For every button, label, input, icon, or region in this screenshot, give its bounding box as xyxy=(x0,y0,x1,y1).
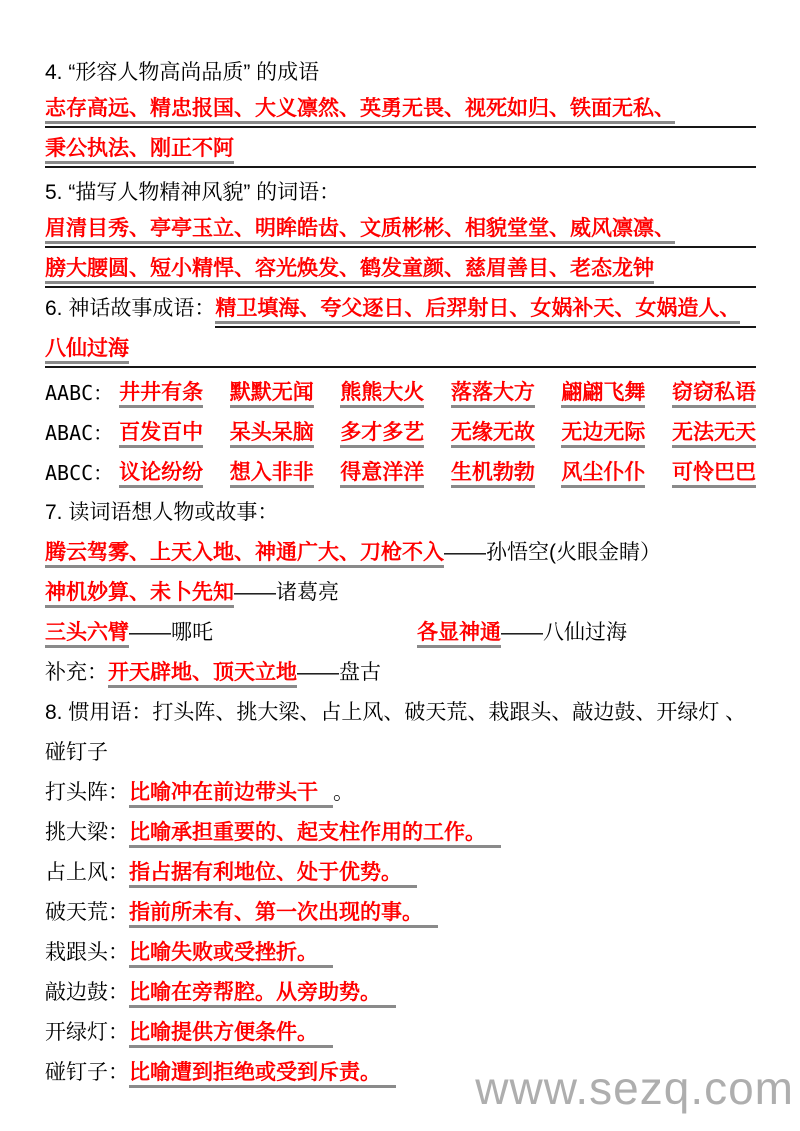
highlighted-text: 比喻在旁帮腔。从旁助势。 xyxy=(129,981,396,1008)
text-line: 7. 读词语想人物或故事： xyxy=(45,488,756,528)
highlighted-text: 八仙过海 xyxy=(45,337,129,364)
highlighted-text: 无缘无故 xyxy=(451,421,535,448)
highlighted-text: 各显神通 xyxy=(417,621,501,648)
text-segment: 破天荒： xyxy=(45,901,129,928)
highlighted-text: 议论纷纷 xyxy=(119,461,203,488)
text-segment: 敲边鼓： xyxy=(45,981,129,1008)
pattern-label: ABCC： xyxy=(45,462,113,488)
text-line: 神机妙算、未卜先知——诸葛亮 xyxy=(45,568,756,608)
text-line: 栽跟头：比喻失败或受挫折。 xyxy=(45,928,756,968)
text-segment: ——盘古 xyxy=(297,661,381,688)
text-segment: ——孙悟空(火眼金睛） xyxy=(444,541,661,568)
highlighted-text: 风尘仆仆 xyxy=(561,461,645,488)
text-segment: ——诸葛亮 xyxy=(234,581,339,608)
text-line: 八仙过海 xyxy=(45,328,756,368)
column-0: 三头六臂——哪吒 xyxy=(45,621,417,648)
column-1: 各显神通——八仙过海 xyxy=(417,621,756,648)
text-segment: 挑大梁： xyxy=(45,821,129,848)
blank-fill-line: 八仙过海 xyxy=(45,337,756,368)
text-segment: 打头阵： xyxy=(45,781,129,808)
text-segment: 栽跟头： xyxy=(45,941,129,968)
highlighted-text: 生机勃勃 xyxy=(451,461,535,488)
idiom-list: 百发百中呆头呆脑多才多艺无缘无故无边无际无法无天 xyxy=(119,421,756,448)
text-segment: 开绿灯： xyxy=(45,1021,129,1048)
text-segment: 5. “描写人物精神风貌” 的词语： xyxy=(45,181,340,208)
text-segment: 碰钉子 xyxy=(45,741,108,768)
text-line: 5. “描写人物精神风貌” 的词语： xyxy=(45,168,756,208)
text-segment: 6. 神话故事成语： xyxy=(45,297,215,328)
highlighted-text: 指前所未有、第一次出现的事。 xyxy=(129,901,438,928)
highlighted-text: 多才多艺 xyxy=(340,421,424,448)
text-segment: 补充： xyxy=(45,661,108,688)
highlighted-text: 三头六臂 xyxy=(45,621,129,648)
text-segment: 4. “形容人物高尚品质” 的成语 xyxy=(45,61,319,88)
highlighted-text: 想入非非 xyxy=(230,461,314,488)
text-line: 打头阵：比喻冲在前边带头干。 xyxy=(45,768,756,808)
text-line: 开绿灯：比喻提供方便条件。 xyxy=(45,1008,756,1048)
text-line: 腾云驾雾、上天入地、神通广大、刀枪不入——孙悟空(火眼金睛） xyxy=(45,528,756,568)
text-segment: ——哪吒 xyxy=(129,621,213,648)
highlighted-text: 窃窃私语 xyxy=(672,381,756,408)
text-segment: 8. 惯用语：打头阵、挑大梁、占上风、破天荒、栽跟头、敲边鼓、开绿灯 、 xyxy=(45,701,746,728)
text-line: ABCC：议论纷纷想入非非得意洋洋生机勃勃风尘仆仆可怜巴巴 xyxy=(45,448,756,488)
highlighted-text: 比喻冲在前边带头干 xyxy=(129,781,333,808)
highlighted-text: 比喻遭到拒绝或受到斥责。 xyxy=(129,1061,396,1088)
text-line: 6. 神话故事成语：精卫填海、夸父逐日、后羿射日、女娲补天、女娲造人、 xyxy=(45,288,756,328)
highlighted-text: 比喻失败或受挫折。 xyxy=(129,941,333,968)
text-line: 三头六臂——哪吒各显神通——八仙过海 xyxy=(45,608,756,648)
blank-fill-line: 志存高远、精忠报国、大义凛然、英勇无畏、视死如归、铁面无私、 xyxy=(45,97,756,128)
idiom-list: 井井有条默默无闻熊熊大火落落大方翩翩飞舞窃窃私语 xyxy=(119,381,756,408)
text-segment: ——八仙过海 xyxy=(501,621,627,648)
text-line: 秉公执法、刚正不阿 xyxy=(45,128,756,168)
text-line: 碰钉子 xyxy=(45,728,756,768)
text-line: AABC：井井有条默默无闻熊熊大火落落大方翩翩飞舞窃窃私语 xyxy=(45,368,756,408)
highlighted-text: 可怜巴巴 xyxy=(672,461,756,488)
highlighted-text: 秉公执法、刚正不阿 xyxy=(45,137,234,164)
highlighted-text: 无法无天 xyxy=(672,421,756,448)
text-line: 破天荒：指前所未有、第一次出现的事。 xyxy=(45,888,756,928)
pattern-label: AABC： xyxy=(45,382,113,408)
highlighted-text: 翩翩飞舞 xyxy=(561,381,645,408)
highlighted-text: 腾云驾雾、上天入地、神通广大、刀枪不入 xyxy=(45,541,444,568)
text-segment: 。 xyxy=(333,781,354,808)
highlighted-text: 指占据有利地位、处于优势。 xyxy=(129,861,417,888)
watermark: www.sezq.com xyxy=(475,1061,794,1115)
blank-fill-line: 眉清目秀、亭亭玉立、明眸皓齿、文质彬彬、相貌堂堂、威风凛凛、 xyxy=(45,217,756,248)
highlighted-text: 百发百中 xyxy=(119,421,203,448)
highlighted-text: 比喻承担重要的、起支柱作用的工作。 xyxy=(129,821,501,848)
highlighted-text: 膀大腰圆、短小精悍、容光焕发、鹤发童颜、慈眉善目、老态龙钟 xyxy=(45,257,654,284)
document-body: 4. “形容人物高尚品质” 的成语志存高远、精忠报国、大义凛然、英勇无畏、视死如… xyxy=(45,48,756,1088)
highlighted-text: 落落大方 xyxy=(451,381,535,408)
text-line: 补充：开天辟地、顶天立地——盘古 xyxy=(45,648,756,688)
blank-fill-line: 精卫填海、夸父逐日、后羿射日、女娲补天、女娲造人、 xyxy=(215,297,756,328)
text-line: 志存高远、精忠报国、大义凛然、英勇无畏、视死如归、铁面无私、 xyxy=(45,88,756,128)
highlighted-text: 眉清目秀、亭亭玉立、明眸皓齿、文质彬彬、相貌堂堂、威风凛凛、 xyxy=(45,217,675,244)
text-line: 占上风：指占据有利地位、处于优势。 xyxy=(45,848,756,888)
highlighted-text: 熊熊大火 xyxy=(340,381,424,408)
text-line: ABAC：百发百中呆头呆脑多才多艺无缘无故无边无际无法无天 xyxy=(45,408,756,448)
text-line: 敲边鼓：比喻在旁帮腔。从旁助势。 xyxy=(45,968,756,1008)
highlighted-text: 呆头呆脑 xyxy=(230,421,314,448)
pattern-label: ABAC： xyxy=(45,422,113,448)
highlighted-text: 井井有条 xyxy=(119,381,203,408)
highlighted-text: 得意洋洋 xyxy=(340,461,424,488)
idiom-list: 议论纷纷想入非非得意洋洋生机勃勃风尘仆仆可怜巴巴 xyxy=(119,461,756,488)
document-page: { "page": { "background": "#ffffff", "te… xyxy=(0,0,800,1131)
highlighted-text: 无边无际 xyxy=(561,421,645,448)
highlighted-text: 默默无闻 xyxy=(230,381,314,408)
highlighted-text: 神机妙算、未卜先知 xyxy=(45,581,234,608)
text-line: 4. “形容人物高尚品质” 的成语 xyxy=(45,48,756,88)
text-segment: 7. 读词语想人物或故事： xyxy=(45,501,278,528)
text-line: 8. 惯用语：打头阵、挑大梁、占上风、破天荒、栽跟头、敲边鼓、开绿灯 、 xyxy=(45,688,756,728)
text-line: 膀大腰圆、短小精悍、容光焕发、鹤发童颜、慈眉善目、老态龙钟 xyxy=(45,248,756,288)
text-segment: 占上风： xyxy=(45,861,129,888)
highlighted-text: 比喻提供方便条件。 xyxy=(129,1021,333,1048)
highlighted-text: 精卫填海、夸父逐日、后羿射日、女娲补天、女娲造人、 xyxy=(215,297,740,324)
blank-fill-line: 秉公执法、刚正不阿 xyxy=(45,137,756,168)
highlighted-text: 志存高远、精忠报国、大义凛然、英勇无畏、视死如归、铁面无私、 xyxy=(45,97,675,124)
text-line: 挑大梁：比喻承担重要的、起支柱作用的工作。 xyxy=(45,808,756,848)
blank-fill-line: 膀大腰圆、短小精悍、容光焕发、鹤发童颜、慈眉善目、老态龙钟 xyxy=(45,257,756,288)
text-segment: 碰钉子： xyxy=(45,1061,129,1088)
text-line: 眉清目秀、亭亭玉立、明眸皓齿、文质彬彬、相貌堂堂、威风凛凛、 xyxy=(45,208,756,248)
highlighted-text: 开天辟地、顶天立地 xyxy=(108,661,297,688)
